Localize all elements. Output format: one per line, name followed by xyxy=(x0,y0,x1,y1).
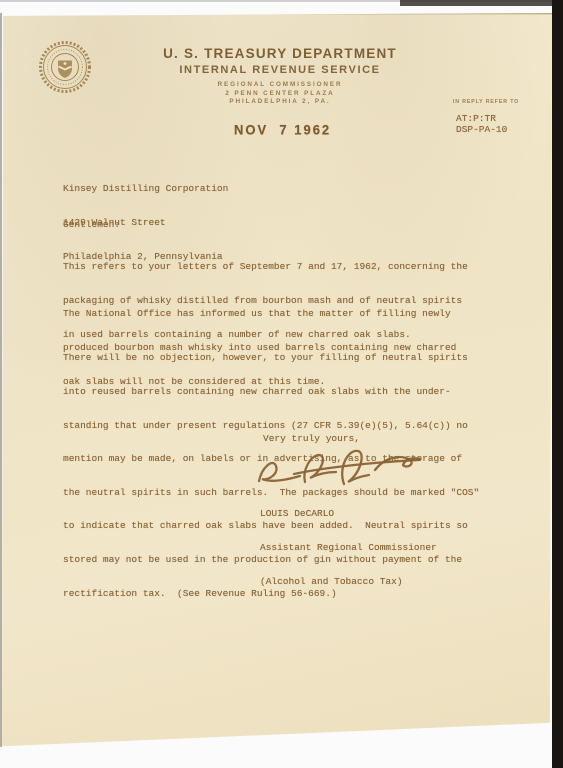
scanned-letter: U. S. TREASURY DEPARTMENT INTERNAL REVEN… xyxy=(0,0,563,768)
reply-refer-label: IN REPLY REFER TO xyxy=(446,99,526,105)
agency-name: U. S. TREASURY DEPARTMENT xyxy=(110,46,450,61)
letterhead-address-2: PHILADELPHIA 2, PA. xyxy=(110,98,450,107)
scan-top-right-edge xyxy=(400,0,563,6)
body-line: standing that under present regulations … xyxy=(63,420,479,431)
letterhead-address-1: 2 PENN CENTER PLAZA xyxy=(110,90,450,99)
office-name: REGIONAL COMMISSIONER xyxy=(110,81,450,90)
signer-name: LOUIS DeCARLO xyxy=(260,508,437,519)
body-line: The National Office has informed us that… xyxy=(63,308,456,319)
signer-title: Assistant Regional Commissioner xyxy=(260,542,437,553)
signer-division: (Alcohol and Tobacco Tax) xyxy=(260,576,437,587)
reference-code-1: AT:P:TR xyxy=(456,113,507,124)
recipient-name: Kinsey Distilling Corporation xyxy=(63,183,228,194)
treasury-seal-icon xyxy=(37,39,93,95)
body-line: There will be no objection, however, to … xyxy=(63,352,479,363)
bureau-name: INTERNAL REVENUE SERVICE xyxy=(110,64,450,76)
scan-left-edge xyxy=(0,13,2,747)
body-line: This refers to your letters of September… xyxy=(63,261,468,272)
reference-code-2: DSP-PA-10 xyxy=(456,124,507,135)
date-stamp: NOV 7 1962 xyxy=(234,121,331,137)
reference-codes: AT:P:TRDSP-PA-10 xyxy=(456,113,507,135)
scan-right-edge xyxy=(552,0,563,768)
body-line: into reused barrels containing new charr… xyxy=(63,386,479,397)
signer-block: LOUIS DeCARLO Assistant Regional Commiss… xyxy=(260,486,437,609)
salutation: Gentlemen: xyxy=(63,219,120,230)
letterhead: U. S. TREASURY DEPARTMENT INTERNAL REVEN… xyxy=(110,46,450,107)
